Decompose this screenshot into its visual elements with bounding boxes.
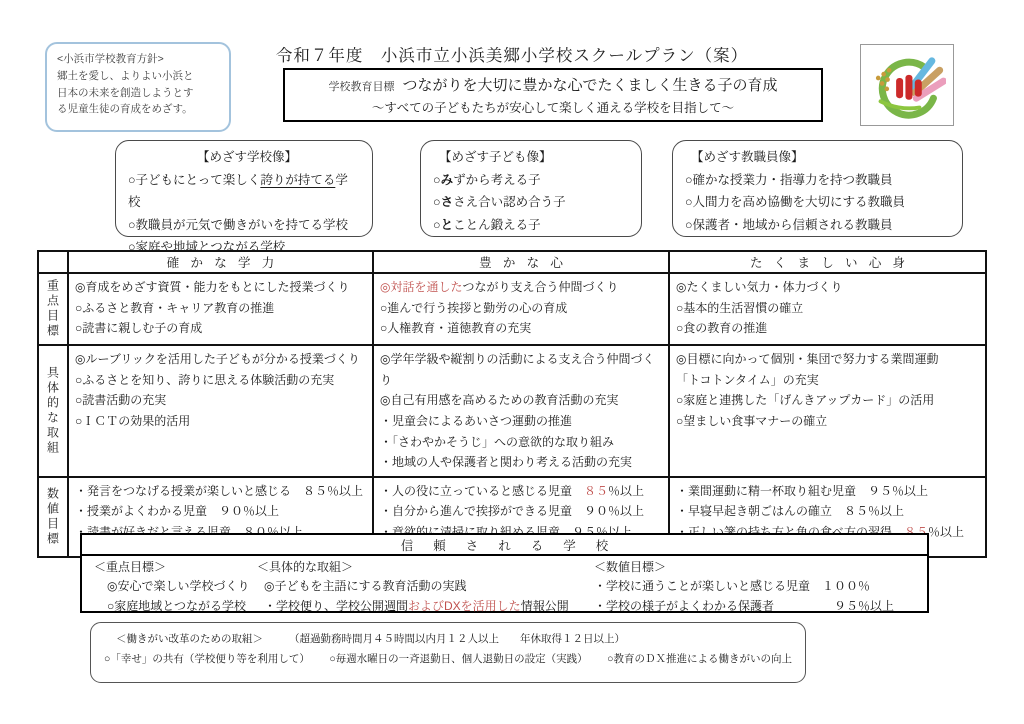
- text-line: ・業間運動に精一杯取り組む児童 ９５％以上: [676, 481, 979, 502]
- row-header-targets: 数値目標: [38, 477, 68, 557]
- text-line: ・自分から進んで挨拶ができる児童 ９０％以上: [380, 501, 662, 522]
- text-line: ○読書に親しむ子の育成: [75, 318, 366, 339]
- text-line: ・地域の人や保護者と関わり考える活動の充実: [380, 452, 662, 473]
- vision-box-children: 【めざす子ども像】 ○みずから考える子 ○ささえ合い認め合う子 ○とことん鍛える…: [420, 140, 642, 237]
- row-header-actions: 具体的な取組: [38, 345, 68, 477]
- vision-item: ○とことん鍛える子: [433, 214, 629, 237]
- vision-item: ○子どもにとって楽しく誇りが持てる学校: [128, 169, 360, 214]
- text-line: ・早寝早起き朝ごはんの確立 ８５％以上: [676, 501, 979, 522]
- trusted-school-header: 信頼される学校: [82, 535, 927, 556]
- column-header-heart: 豊かな心: [373, 251, 669, 273]
- city-policy-line: 日本の未来を創造しようとす: [57, 85, 219, 102]
- text-line: ・人の役に立っていると感じる児童 ８５％以上: [380, 481, 662, 502]
- work-reform-item: ○「幸せ」の共有（学校便り等を利用して）: [104, 650, 310, 670]
- text-line: ○ふるさと教育・キャリア教育の推進: [75, 298, 366, 319]
- vision-item: ○教職員が元気で働きがいを持てる学校: [128, 214, 360, 237]
- text-line: ○基本的生活習慣の確立: [676, 298, 979, 319]
- cell-actions-academic: ◎ルーブリックを活用した子どもが分かる授業づくり○ふるさとを知り、誇りに思える体…: [68, 345, 373, 477]
- work-reform-item: ○毎週水曜日の一斉退勤日、個人退勤日の設定（実践）: [329, 650, 587, 670]
- education-goal-subtitle: ～すべての子どもたちが安心して楽しく通える学校を目指して～: [285, 98, 821, 116]
- text-line: ◎たくましい気力・体力づくり: [676, 277, 979, 298]
- cell-actions-body: ◎目標に向かって個別・集団で努力する業間運動「トコトンタイム」の充実○家庭と連携…: [669, 345, 986, 477]
- text-line: ○家庭と連携した「げんきアップカード」の活用: [676, 390, 979, 411]
- text-line: ◎目標に向かって個別・集団で努力する業間運動: [676, 349, 979, 370]
- vision-box-school: 【めざす学校像】 ○子どもにとって楽しく誇りが持てる学校 ○教職員が元気で働きが…: [115, 140, 373, 237]
- cell-priority-heart: ◎対話を通したつながり支え合う仲間づくり○進んで行う挨拶と勤労の心の育成○人権教…: [373, 273, 669, 345]
- text-line: ◎子どもを主語にする教育活動の実践: [257, 577, 597, 596]
- vision-item: ○みずから考える子: [433, 169, 629, 192]
- text-line: ◎学年学級や縦割りの活動による支え合う仲間づくり: [380, 349, 662, 390]
- city-policy-line: る児童生徒の育成をめざす。: [57, 101, 219, 118]
- text-line: ・学校に通うことが楽しいと感じる児童 １００％: [594, 577, 924, 596]
- text-line: ＜数値目標＞: [594, 558, 924, 577]
- text-line: ◎ルーブリックを活用した子どもが分かる授業づくり: [75, 349, 366, 370]
- cell-priority-body: ◎たくましい気力・体力づくり○基本的生活習慣の確立○食の教育の推進: [669, 273, 986, 345]
- text-line: 「トコトンタイム」の充実: [676, 370, 979, 391]
- text-line: ○ＩＣＴの効果的活用: [75, 411, 366, 432]
- work-reform-heading: ＜働きがい改革のための取組＞: [116, 630, 263, 650]
- vision-box-title: 【めざす学校像】: [128, 146, 360, 169]
- education-goal-line: 学校教育目標つながりを大切に豊かな心でたくましく生きる子の育成: [285, 74, 821, 95]
- table-corner-cell: [38, 251, 68, 273]
- text-line: ・児童会によるあいさつ運動の推進: [380, 411, 662, 432]
- column-header-academic: 確かな学力: [68, 251, 373, 273]
- city-policy-line: 郷土を愛し、よりよい小浜と: [57, 68, 219, 85]
- trusted-column-actions: ＜具体的な取組＞◎子どもを主語にする教育活動の実践・学校便り、学校公開週間および…: [257, 558, 597, 616]
- education-goal-box: 学校教育目標つながりを大切に豊かな心でたくましく生きる子の育成 ～すべての子ども…: [283, 68, 823, 122]
- table-row: 重点目標 ◎育成をめざす資質・能力をもとにした授業づくり○ふるさと教育・キャリア…: [38, 273, 986, 345]
- trusted-school-box: 信頼される学校 ＜重点目標＞◎安心で楽しい学校づくり○家庭地域とつながる学校 ＜…: [80, 533, 929, 613]
- row-header-priority: 重点目標: [38, 273, 68, 345]
- vision-item: ○保護者・地域から信頼される教職員: [685, 214, 950, 237]
- plan-table: 確かな学力 豊かな心 たくましい心身 重点目標 ◎育成をめざす資質・能力をもとに…: [37, 250, 987, 558]
- vision-box-staff: 【めざす教職員像】 ○確かな授業力・指導力を持つ教職員 ○人間力を高め協働を大切…: [672, 140, 963, 237]
- cell-priority-academic: ◎育成をめざす資質・能力をもとにした授業づくり○ふるさと教育・キャリア教育の推進…: [68, 273, 373, 345]
- column-header-body: たくましい心身: [669, 251, 986, 273]
- school-plan-document: { "colors": { "accent_red": "#c0504d", "…: [0, 0, 1024, 724]
- vision-item: ○確かな授業力・指導力を持つ教職員: [685, 169, 950, 192]
- vision-box-title: 【めざす教職員像】: [685, 146, 950, 169]
- education-goal-label: 学校教育目標: [328, 81, 394, 93]
- text-line: ○人権教育・道徳教育の充実: [380, 318, 662, 339]
- text-line: ・「さわやかそうじ」への意欲的な取り組み: [380, 432, 662, 453]
- work-reform-items-row: ○「幸せ」の共有（学校便り等を利用して） ○毎週水曜日の一斉退勤日、個人退勤日の…: [104, 650, 792, 670]
- text-line: ○望ましい食事マナーの確立: [676, 411, 979, 432]
- work-reform-heading-row: ＜働きがい改革のための取組＞ （超過勤務時間月４５時間以内月１２人以上 年休取得…: [104, 630, 792, 650]
- work-reform-note: （超過勤務時間月４５時間以内月１２人以上 年休取得１２日以上）: [289, 630, 625, 650]
- text-line: ○食の教育の推進: [676, 318, 979, 339]
- text-line: ・学校の様子がよくわかる保護者 ９５％以上: [594, 597, 924, 616]
- text-line: ・学校便り、学校公開週間およびDXを活用した情報公開: [257, 597, 597, 616]
- trusted-column-targets: ＜数値目標＞・学校に通うことが楽しいと感じる児童 １００％・学校の様子がよくわか…: [594, 558, 924, 616]
- text-line: ◎対話を通したつながり支え合う仲間づくり: [380, 277, 662, 298]
- text-line: ◎自己有用感を高めるための教育活動の充実: [380, 390, 662, 411]
- cell-actions-heart: ◎学年学級や縦割りの活動による支え合う仲間づくり◎自己有用感を高めるための教育活…: [373, 345, 669, 477]
- vision-box-title: 【めざす子ども像】: [433, 146, 629, 169]
- trusted-column-priority: ＜重点目標＞◎安心で楽しい学校づくり○家庭地域とつながる学校: [94, 558, 259, 616]
- school-logo-frame: [860, 44, 954, 126]
- text-line: ○ふるさとを知り、誇りに思える体験活動の充実: [75, 370, 366, 391]
- text-line: ○進んで行う挨拶と勤労の心の育成: [380, 298, 662, 319]
- vision-item: ○ささえ合い認め合う子: [433, 191, 629, 214]
- trusted-school-content: ＜重点目標＞◎安心で楽しい学校づくり○家庭地域とつながる学校 ＜具体的な取組＞◎…: [82, 556, 927, 612]
- table-header-row: 確かな学力 豊かな心 たくましい心身: [38, 251, 986, 273]
- school-emblem-icon: [868, 50, 946, 120]
- text-line: ・授業がよくわかる児童 ９０％以上: [75, 501, 366, 522]
- work-reform-item: ○教育のＤＸ推進による働きがいの向上: [607, 650, 792, 670]
- table-row: 具体的な取組 ◎ルーブリックを活用した子どもが分かる授業づくり○ふるさとを知り、…: [38, 345, 986, 477]
- text-line: ○読書活動の充実: [75, 390, 366, 411]
- text-line: ○家庭地域とつながる学校: [94, 597, 259, 616]
- text-line: ・発言をつなげる授業が楽しいと感じる ８５％以上: [75, 481, 366, 502]
- work-reform-box: ＜働きがい改革のための取組＞ （超過勤務時間月４５時間以内月１２人以上 年休取得…: [90, 622, 806, 683]
- text-line: ◎安心で楽しい学校づくり: [94, 577, 259, 596]
- text-line: ◎育成をめざす資質・能力をもとにした授業づくり: [75, 277, 366, 298]
- vision-item: ○人間力を高め協働を大切にする教職員: [685, 191, 950, 214]
- text-line: ＜具体的な取組＞: [257, 558, 597, 577]
- education-goal-text: つながりを大切に豊かな心でたくましく生きる子の育成: [402, 77, 777, 94]
- text-line: ＜重点目標＞: [94, 558, 259, 577]
